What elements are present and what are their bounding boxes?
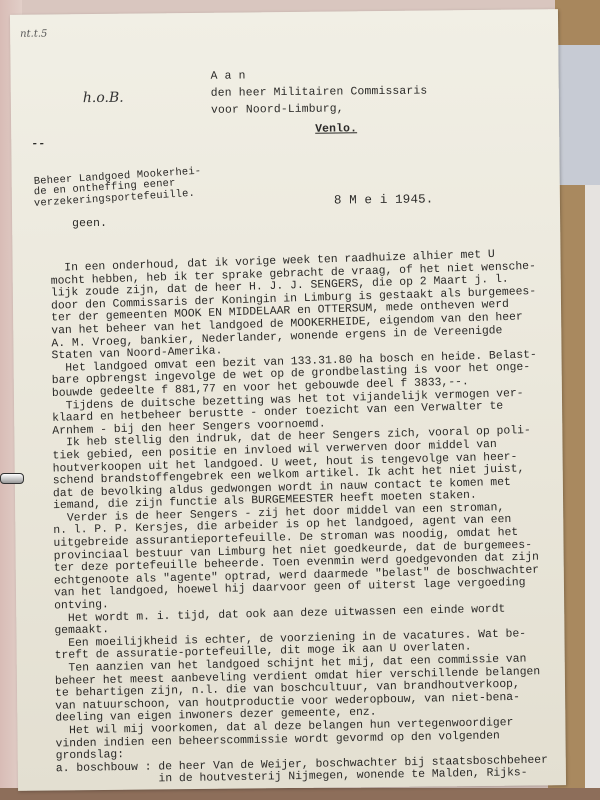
addressee-region: voor Noord-Limburg, [211, 103, 344, 116]
addressee-aan: A a n [211, 70, 246, 82]
addressee-name: den heer Militairen Commissaris [211, 86, 428, 100]
dash-mark: -- [31, 139, 45, 151]
handwritten-initials: h.o.B. [83, 90, 124, 106]
background-surface [555, 45, 600, 185]
addressee-city: Venlo. [315, 123, 357, 135]
enclosures: geen. [72, 218, 107, 230]
typewritten-letter: nt.t.5 h.o.B. -- A a n den heer Militair… [10, 9, 566, 791]
background-edge [585, 185, 600, 800]
letter-body: In een onderhoud, dat ik vorige week ten… [50, 252, 576, 786]
city-underlined: Venlo. [315, 123, 357, 135]
background-cardboard [555, 0, 600, 45]
margin-note: nt.t.5 [20, 29, 47, 40]
letter-date: 8 M e i 1945. [334, 192, 434, 207]
binder-ring [0, 473, 24, 484]
